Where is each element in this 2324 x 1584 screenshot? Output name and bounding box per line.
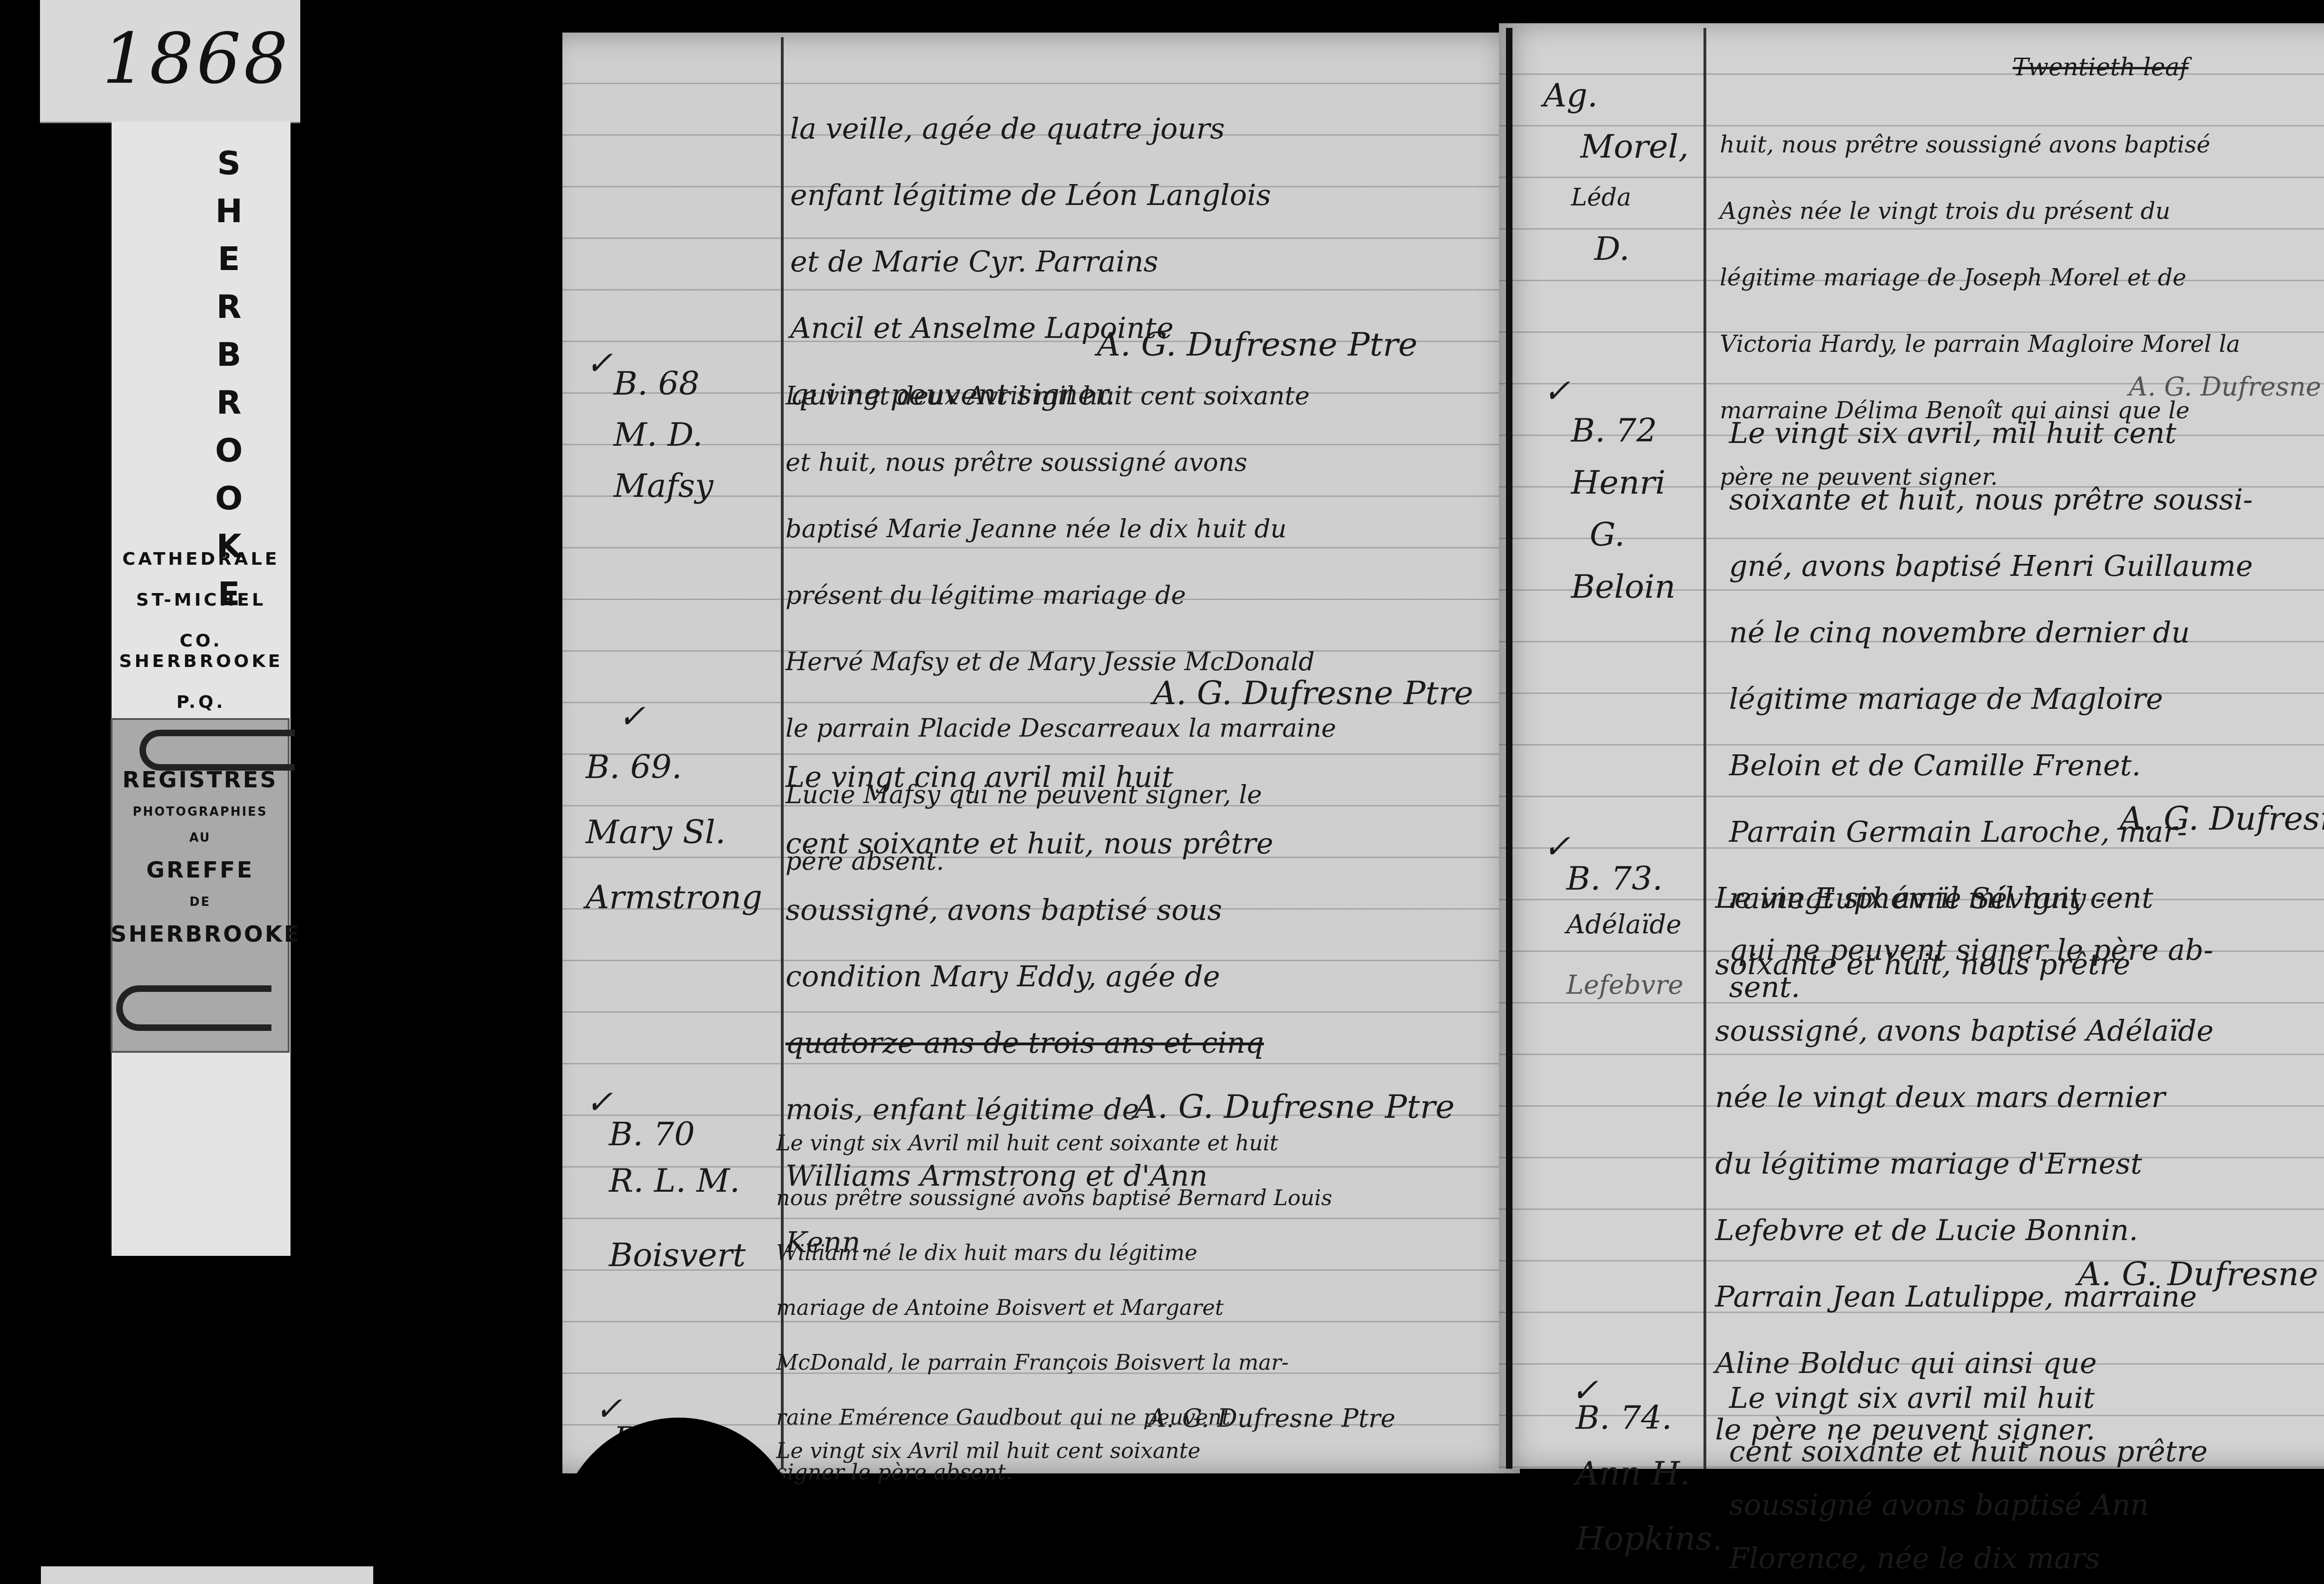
title-letter: R [217,283,242,331]
text-line: soixante et huit, nous prêtre [1715,931,2214,997]
title-letter: H [215,187,243,235]
entry-margin: Ag. Morel, Léda D. [1543,70,1689,274]
text-line: présent du légitime mariage de [786,562,1336,628]
title-letter: O [215,475,243,522]
check-icon: ✓ [618,697,646,735]
entry-name: Léda [1571,172,1689,223]
text-line: Le vingt six avril mil huit cent [1715,865,2214,931]
text-line: légitime mariage de Magloire [1729,666,2253,732]
signature: A. G. Dufresne Ptre [1153,674,1473,712]
entry-surname: Mafsy [614,460,713,511]
entry-number: B. 74. [1576,1390,1723,1445]
vertical-title: S H E R B R O O K E [112,139,290,618]
text-line: et de Marie Cyr. Parrains [790,228,1271,295]
text-line: soixante et huit, nous prêtre soussi- [1729,466,2253,533]
entry-number: B. 70 [609,1111,746,1157]
bottom-tab [41,1566,373,1584]
entry-initials: Ag. [1543,70,1689,121]
entry-margin: B. 69. Mary Sl. Armstrong [586,734,762,930]
check-icon: ✓ [1543,372,1571,410]
text-line: Le vingt deux Avril mil huit cent soixan… [786,363,1336,429]
text-line: soussigné avons baptisé Ann [1729,1478,2208,1531]
entry-name: Adélaïde [1566,902,1684,948]
text-line: et huit, nous prêtre soussigné avons [786,429,1336,495]
entry-surname: Lefebvre [1566,962,1684,1009]
entry-initials: G. [1590,508,1676,561]
parish-line: ST-MICHEL [112,589,290,610]
parish-line: CATHEDRALE [112,548,290,569]
entry-name: Ann H. [1576,1445,1723,1501]
text-line: McDonald, le parrain François Boisvert l… [776,1335,1332,1390]
entry-surname: Armstrong [586,865,762,930]
text-line: Le vingt six Avril mil huit cent soixant… [776,1418,1201,1484]
check-icon: ✓ [586,344,613,382]
parish-line: CO. SHERBROOKE [112,630,290,671]
entry-number: B. 73. [1566,855,1684,902]
signature: A. G. Dufresne Ptre [1097,325,1418,363]
text-line: né le cinq novembre dernier du [1729,599,2253,666]
text-line: légitime mariage de Joseph Morel et de [1720,244,2240,311]
entry-surname: Boisvert [609,1232,746,1278]
text-line: Le vingt six avril mil huit [1729,1371,2208,1425]
signature: A. G. Dufresne Ptre [2119,799,2324,838]
text-line: cent soixante et huit nous prêtre [1729,1425,2208,1478]
parish-line: P.Q. [112,692,290,712]
text-line: Lefebvre et de Lucie Bonnin. [1715,1197,2214,1263]
text-line: Victoria Hardy, le parrain Magloire More… [1720,311,2240,377]
entry-number: B. 69. [586,734,762,799]
title-letter: O [215,427,243,475]
entry-margin: B. 70 R. L. M. Boisvert [609,1111,746,1278]
text-line: soussigné, avons baptisé Adélaïde [1715,997,2214,1064]
text-line: Florence, née le dix mars [1729,1531,2208,1584]
entry-margin: B. 72 Henri G. Beloin [1571,404,1676,613]
paperclip-top-icon [139,730,295,771]
tag-line: GREFFE [111,857,290,883]
title-letter: R [217,379,242,427]
text-line: gné, avons baptisé Henri Guillaume [1729,533,2253,599]
right-margin-rule [1703,28,1706,1469]
tag-line: DE [111,895,290,909]
leaf-header: Twentieth leaf [2013,53,2188,81]
text-line: la veille, agée de quatre jours [790,95,1271,162]
entry-number: B. 68 [614,358,713,409]
text-line: Le vingt cinq avril mil huit [786,744,1273,810]
title-letter: E [218,235,240,283]
text-line: mariage de Antoine Boisvert et Margaret [776,1280,1332,1335]
entry-margin: B. 68 M. D. Mafsy [614,358,713,511]
entry-initials: M. D. [614,409,713,460]
text-line: Agnès née le vingt trois du présent du [1720,178,2240,244]
entry-text: Le vingt six Avril mil huit cent soixant… [776,1418,1201,1484]
text-line: nous prêtre soussigné avons baptisé Bern… [776,1170,1332,1225]
tag-line: PHOTOGRAPHIES [111,805,290,819]
year-label: 1868 [102,19,291,99]
tag-line: SHERBROOKE [111,921,290,947]
parish-info: CATHEDRALE ST-MICHEL CO. SHERBROOKE P.Q. [112,548,290,733]
entry-margin: B. 74. Ann H. Hopkins. [1576,1390,1723,1566]
entry-surname: Hopkins. [1576,1511,1723,1566]
title-letter: S [217,139,240,187]
registry-tag-text: REGISTRES PHOTOGRAPHIES AU GREFFE DE SHE… [111,767,290,959]
text-line: née le vingt deux mars dernier [1715,1064,2214,1130]
entry-initials: Mary Sl. [586,799,762,865]
entry-initials: D. [1594,223,1689,274]
text-line: du légitime mariage d'Ernest [1715,1130,2214,1197]
text-line: Beloin et de Camille Frenet. [1729,732,2253,799]
text-line: baptisé Marie Jeanne née le dix huit du [786,495,1336,562]
entry-surname: Morel, [1580,121,1689,172]
text-line: huit, nous prêtre soussigné avons baptis… [1720,112,2240,178]
signature: A. G. Dufresne Ptre [2129,372,2324,402]
entry-initials: R. L. M. [609,1157,746,1204]
entry-text: Le vingt six avril mil huit cent soixant… [1729,1371,2208,1584]
text-line: William né le dix huit mars du légitime [776,1225,1332,1280]
text-line: cent soixante et huit, nous prêtre [786,810,1273,877]
text-line: Le vingt six Avril mil huit cent soixant… [776,1115,1332,1170]
text-line: enfant légitime de Léon Langlois [790,162,1271,228]
paperclip-bottom-icon [116,985,271,1031]
book-gutter [1506,28,1512,1469]
signature: A. G. Dufresne Ptre [2078,1255,2324,1293]
entry-margin: B. 73. Adélaïde Lefebvre [1566,855,1684,1009]
tag-line: REGISTRES [111,767,290,793]
title-letter: B [217,331,241,379]
text-line: quatorze ans de trois ans et cinq [786,1010,1273,1076]
tag-line: AU [111,831,290,845]
entry-initials: Henri [1571,456,1676,508]
text-line: condition Mary Eddy, agée de [786,943,1273,1010]
text-line: soussigné, avons baptisé sous [786,877,1273,943]
entry-number: B. 72 [1571,404,1676,456]
text-line: Le vingt six avril, mil huit cent [1729,400,2253,466]
entry-surname: Beloin [1571,561,1676,613]
